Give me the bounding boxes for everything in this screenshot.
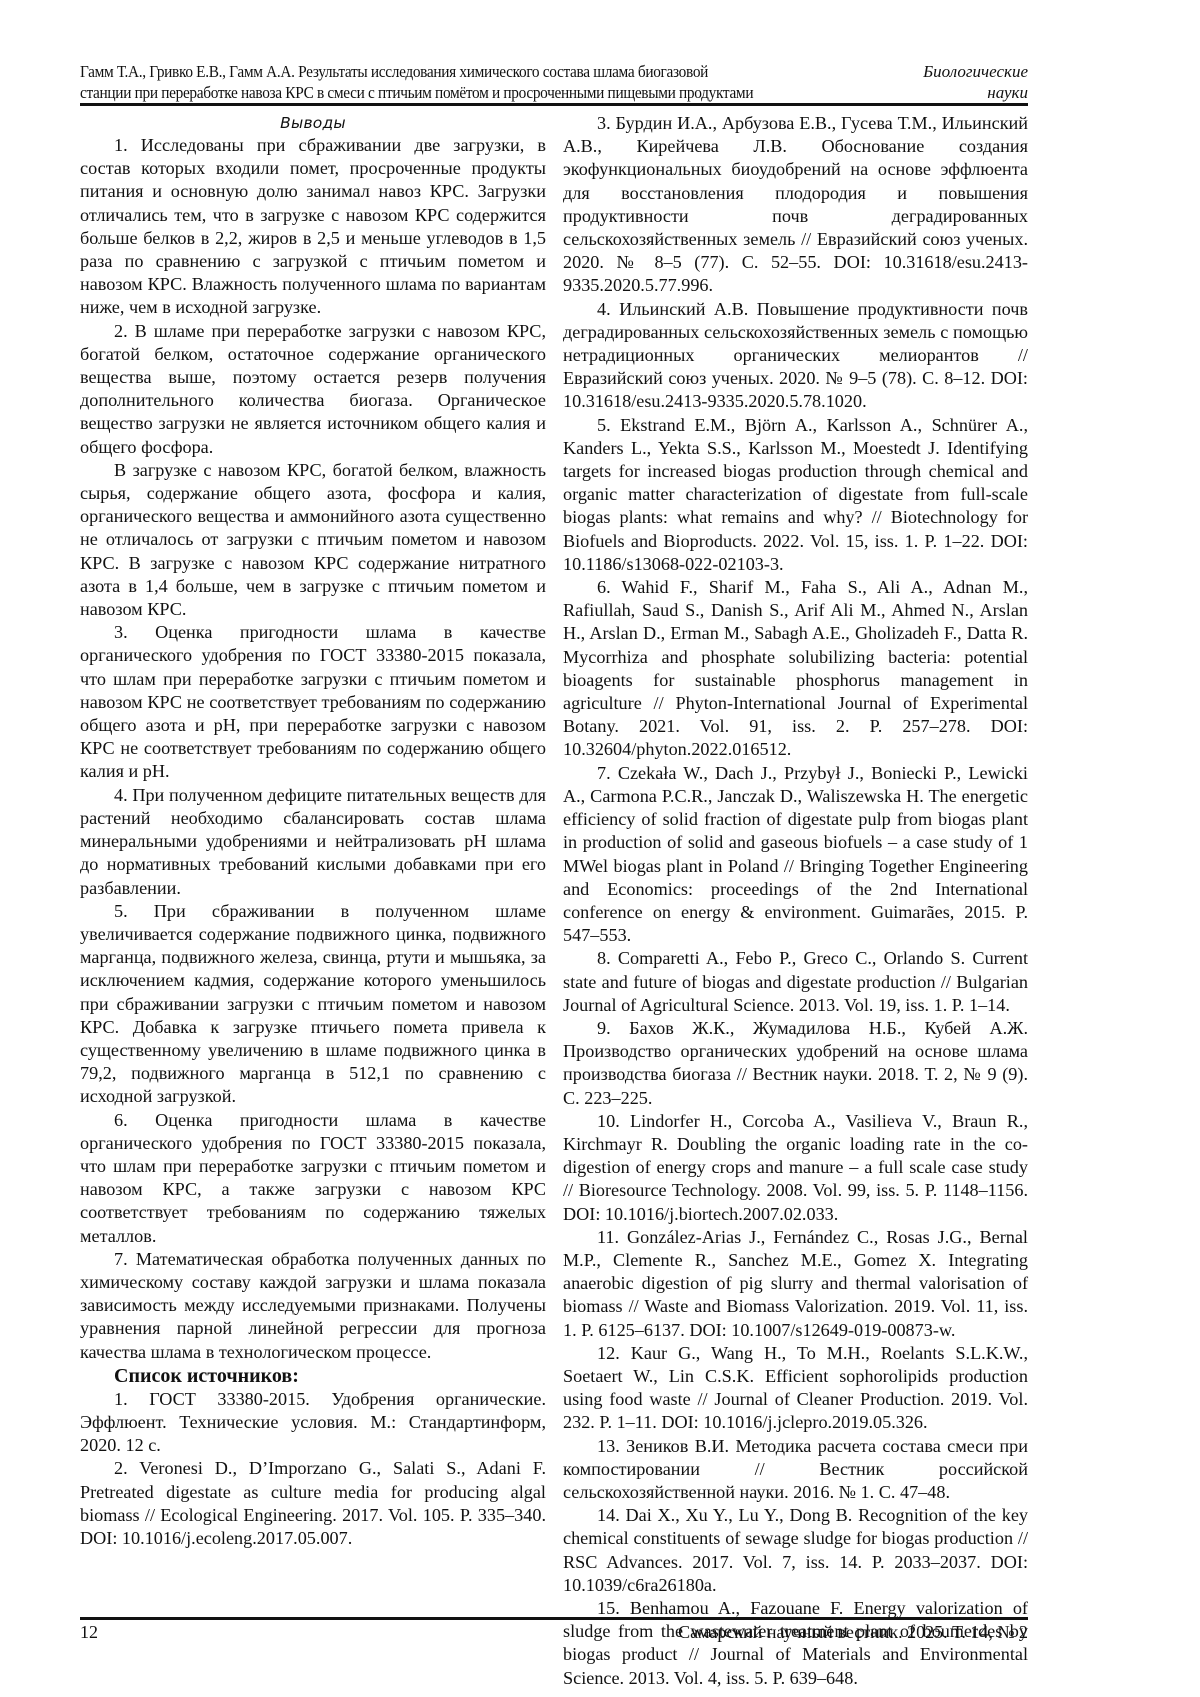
reference-item: 14. Dai X., Xu Y., Lu Y., Dong B. Recogn… xyxy=(563,1504,1028,1597)
reference-item: 10. Lindorfer H., Corcoba A., Vasilieva … xyxy=(563,1110,1028,1226)
reference-item: 4. Ильинский А.В. Повышение продуктивнос… xyxy=(563,298,1028,414)
conclusion-paragraph: 2. В шламе при переработке загрузки с на… xyxy=(80,320,546,459)
journal-section: Биологические науки xyxy=(923,62,1028,103)
reference-item: 6. Wahid F., Sharif M., Faha S., Ali A.,… xyxy=(563,576,1028,762)
journal-section-line-1: Биологические xyxy=(923,62,1028,83)
reference-item: 1. ГОСТ 33380-2015. Удобрения органическ… xyxy=(80,1388,546,1458)
reference-item: 3. Бурдин И.А., Арбузова Е.В., Гусева Т.… xyxy=(563,112,1028,298)
reference-item: 15. Benhamou A., Fazouane F. Energy valo… xyxy=(563,1597,1028,1690)
article-citation-line-2: станции при переработке навоза КРС в сме… xyxy=(80,83,824,104)
article-citation: Гамм Т.А., Гривко Е.В., Гамм А.А. Резуль… xyxy=(80,62,824,103)
references-heading: Список источников: xyxy=(80,1364,546,1388)
conclusions-heading: Выводы xyxy=(80,112,546,134)
conclusion-paragraph: 5. При сбраживании в полученном шламе ув… xyxy=(80,900,546,1109)
conclusion-paragraph: В загрузке с навозом КРС, богатой белком… xyxy=(80,459,546,621)
article-citation-line-1: Гамм Т.А., Гривко Е.В., Гамм А.А. Резуль… xyxy=(80,62,824,83)
running-head-block: Гамм Т.А., Гривко Е.В., Гамм А.А. Резуль… xyxy=(80,62,1028,102)
reference-item: 12. Kaur G., Wang H., To M.H., Roelants … xyxy=(563,1342,1028,1435)
reference-item: 8. Comparetti A., Febo P., Greco C., Orl… xyxy=(563,947,1028,1017)
right-column: 3. Бурдин И.А., Арбузова Е.В., Гусева Т.… xyxy=(563,112,1028,1690)
reference-item: 13. Зеников В.И. Методика расчета состав… xyxy=(563,1435,1028,1505)
reference-item: 11. González-Arias J., Fernández C., Ros… xyxy=(563,1226,1028,1342)
reference-item: 2. Veronesi D., D’Imporzano G., Salati S… xyxy=(80,1457,546,1550)
conclusion-paragraph: 3. Оценка пригодности шлама в качестве о… xyxy=(80,621,546,783)
left-column: Выводы 1. Исследованы при сбраживании дв… xyxy=(80,112,546,1550)
footer-divider xyxy=(80,1617,1028,1620)
conclusion-paragraph: 1. Исследованы при сбраживании две загру… xyxy=(80,134,546,320)
reference-item: 9. Бахов Ж.К., Жумадилова Н.Б., Кубей А.… xyxy=(563,1017,1028,1110)
conclusion-paragraph: 6. Оценка пригодности шлама в качестве о… xyxy=(80,1109,546,1248)
journal-section-line-2: науки xyxy=(923,83,1028,104)
reference-item: 7. Czekała W., Dach J., Przybył J., Boni… xyxy=(563,762,1028,948)
conclusion-paragraph: 4. При полученном дефиците питательных в… xyxy=(80,784,546,900)
header-divider xyxy=(80,103,1028,106)
conclusion-paragraph: 7. Математическая обработка полученных д… xyxy=(80,1248,546,1364)
page-number: 12 xyxy=(80,1622,98,1643)
reference-item: 5. Ekstrand E.M., Björn A., Karlsson A.,… xyxy=(563,414,1028,576)
journal-issue-info: Самарский научный вестник. 2025. Т. 14, … xyxy=(678,1622,1028,1643)
